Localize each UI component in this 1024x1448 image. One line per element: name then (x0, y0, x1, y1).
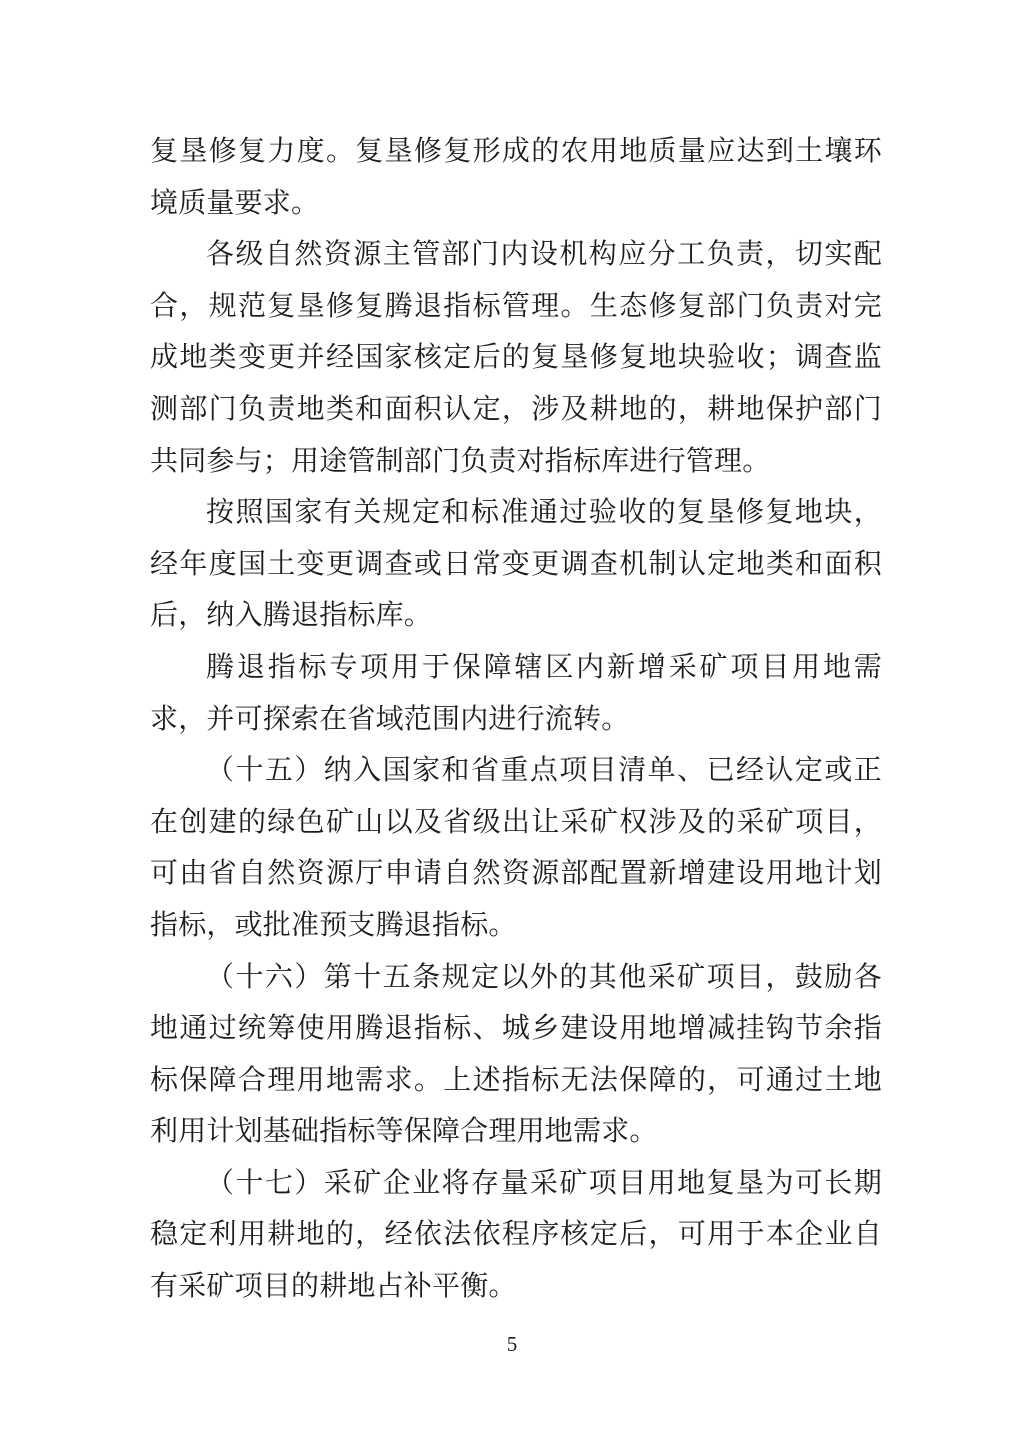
document-page: 复垦修复力度。复垦修复形成的农用地质量应达到土壤环境质量要求。 各级自然资源主管… (0, 0, 1024, 1448)
paragraph-clause-16: （十六）第十五条规定以外的其他采矿项目，鼓励各地通过统筹使用腾退指标、城乡建设用… (150, 952, 882, 1158)
document-body-text: 复垦修复力度。复垦修复形成的农用地质量应达到土壤环境质量要求。 各级自然资源主管… (150, 126, 882, 1313)
paragraph-indicator-usage: 腾退指标专项用于保障辖区内新增采矿项目用地需求，并可探索在省域范围内进行流转。 (150, 642, 882, 745)
paragraph-department-duties: 各级自然资源主管部门内设机构应分工负责，切实配合，规范复垦修复腾退指标管理。生态… (150, 229, 882, 487)
page-number: 5 (0, 1330, 1024, 1358)
paragraph-continuation: 复垦修复力度。复垦修复形成的农用地质量应达到土壤环境质量要求。 (150, 126, 882, 229)
paragraph-indicator-bank: 按照国家有关规定和标准通过验收的复垦修复地块，经年度国土变更调查或日常变更调查机… (150, 487, 882, 642)
paragraph-clause-17: （十七）采矿企业将存量采矿项目用地复垦为可长期稳定利用耕地的，经依法依程序核定后… (150, 1158, 882, 1313)
paragraph-clause-15: （十五）纳入国家和省重点项目清单、已经认定或正在创建的绿色矿山以及省级出让采矿权… (150, 745, 882, 951)
